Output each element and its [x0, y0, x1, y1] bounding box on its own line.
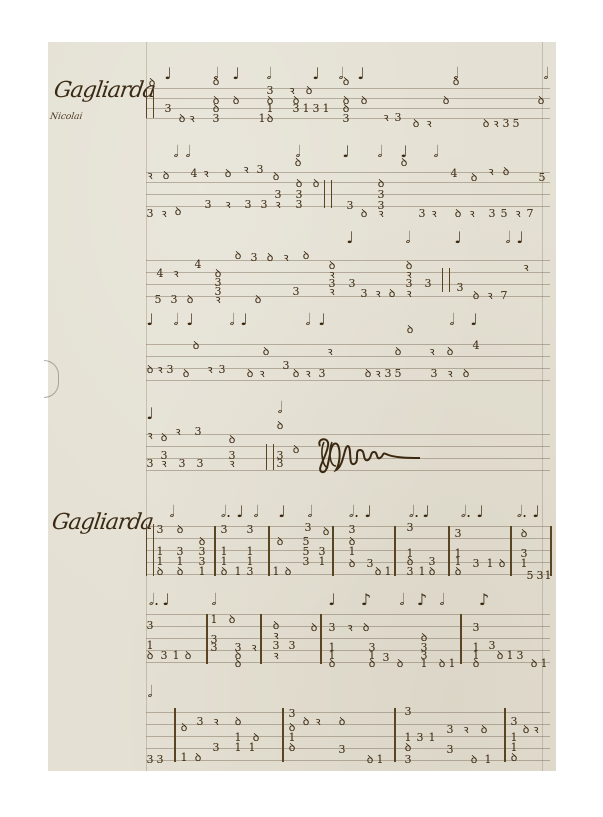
tablature-fret-letter: ꝛ — [243, 165, 248, 175]
tablature-fret-letter: 1 — [173, 651, 180, 661]
tablature-fret-letter: 3 — [303, 557, 310, 567]
rhythm-flag: ♩ — [164, 66, 172, 82]
tablature-fret-letter: 3 — [457, 283, 464, 293]
staff-line — [146, 344, 550, 345]
tablature-fret-letter: 3 — [293, 287, 300, 297]
rhythm-flag: ♩ — [146, 406, 154, 422]
tablature-fret-letter: ꝛ — [487, 291, 492, 301]
tablature-fret-letter: 3 — [213, 743, 220, 753]
tablature-fret-letter: 1 — [449, 659, 456, 669]
rhythm-flag: 𝅗𝅥. — [349, 504, 359, 520]
rhythm-flag: ♩ — [342, 144, 350, 160]
tablature-fret-letter: ꝺ — [303, 251, 310, 261]
tablature-fret-letter: ꝺ — [367, 755, 374, 765]
rhythm-flag: 𝅗𝅥. — [517, 504, 527, 520]
tablature-fret-letter: ꝺ — [483, 119, 490, 129]
tablature-fret-letter: ꝺ — [273, 172, 280, 182]
tablature-fret-letter: 3 — [537, 571, 544, 581]
tablature-fret-letter: ꝺ — [349, 559, 356, 569]
rhythm-flag: ♩ — [346, 230, 354, 246]
rhythm-flag: 𝅗𝅥 — [253, 504, 258, 520]
tablature-fret-letter: 3 — [195, 427, 202, 437]
tablature-fret-letter: ꝛ — [161, 209, 166, 219]
tablature-fret-letter: 3 — [167, 365, 174, 375]
tablature-fret-letter: ꝛ — [406, 289, 411, 299]
rhythm-flag: ♩ — [146, 312, 154, 328]
tablature-fret-letter: 1 — [273, 567, 280, 577]
tablature-fret-letter: 3 — [161, 651, 168, 661]
rhythm-flag: ♩ — [240, 312, 248, 328]
tablature-fret-letter: 3 — [157, 755, 164, 765]
tablature-fret-letter: 3 — [157, 525, 164, 535]
tablature-fret-letter: ꝺ — [395, 347, 402, 357]
tablature-fret-letter: ꝛ — [173, 269, 178, 279]
tablature-fret-letter: 3 — [425, 279, 432, 289]
rhythm-flag: 𝅗𝅥. — [149, 592, 159, 608]
tablature-fret-letter: ꝛ — [375, 369, 380, 379]
repeat-barline — [324, 180, 332, 208]
tablature-fret-letter: ꝺ — [181, 723, 188, 733]
staff-line — [146, 356, 550, 357]
tablature-fret-letter: 3 — [165, 104, 172, 114]
staff-line — [146, 574, 550, 575]
tablature-fret-letter: ꝺ — [407, 325, 414, 335]
tablature-fret-letter: 3 — [407, 567, 414, 577]
tablature-fret-letter: 3 — [367, 559, 374, 569]
tablature-fret-letter: ꝛ — [315, 717, 320, 727]
tablature-fret-letter: ꝺ — [453, 77, 460, 87]
tablature-fret-letter: ꝺ — [463, 369, 470, 379]
tablature-fret-letter: 1 — [199, 567, 206, 577]
rhythm-flag: ♪ — [361, 592, 371, 608]
barline — [320, 614, 322, 664]
tablature-fret-letter: ꝺ — [511, 753, 518, 763]
staff-line — [146, 748, 550, 749]
tablature-fret-letter: ꝺ — [267, 253, 274, 263]
tablature-fret-letter: 3 — [171, 295, 178, 305]
tablature-fret-letter: 3 — [211, 643, 218, 653]
repeat-barline — [442, 268, 450, 292]
tablature-fret-letter: ꝛ — [251, 643, 256, 653]
tablature-fret-letter: ꝺ — [303, 717, 310, 727]
tablature-fret-letter: ꝺ — [429, 567, 436, 577]
tablature-fret-letter: 3 — [247, 525, 254, 535]
tablature-fret-letter: 3 — [296, 200, 303, 210]
tablature-fret-letter: ꝺ — [439, 659, 446, 669]
rhythm-flag: ♪ — [417, 592, 427, 608]
tablature-fret-letter: ꝺ — [447, 347, 454, 357]
tablature-fret-letter: 5 — [527, 571, 534, 581]
tablature-fret-letter: ꝺ — [221, 567, 228, 577]
tablature-fret-letter: 3 — [489, 209, 496, 219]
piece-1-title: Gagliarda — [52, 78, 156, 103]
tablature-fret-letter: ꝛ — [429, 347, 434, 357]
tablature-fret-letter: 1 — [541, 659, 548, 669]
rhythm-flag: ♪ — [479, 592, 489, 608]
tablature-fret-letter: 1 — [545, 571, 552, 581]
rhythm-flag: 𝅗𝅥 — [543, 66, 548, 82]
staff-line — [146, 712, 550, 713]
tablature-fret-letter: 3 — [361, 289, 368, 299]
tablature-fret-letter: ꝛ — [259, 369, 264, 379]
repeat-barline — [266, 444, 274, 470]
tablature-fret-letter: ꝺ — [311, 623, 318, 633]
rhythm-flag: 𝅗𝅥 — [307, 504, 312, 520]
tablature-fret-letter: ꝛ — [215, 295, 220, 305]
barline — [394, 526, 396, 576]
tablature-fret-letter: ꝺ — [455, 209, 462, 219]
tablature-fret-letter: ꝛ — [147, 431, 152, 441]
barline — [504, 708, 506, 762]
rhythm-flag: 𝅗𝅥 — [433, 144, 438, 160]
tablature-fret-letter: 3 — [251, 253, 258, 263]
tablature-fret-letter: ꝺ — [161, 433, 168, 443]
rhythm-flag: ♩ — [476, 504, 484, 520]
tablature-fret-letter: 3 — [147, 621, 154, 631]
rhythm-flag: ♩ — [162, 592, 170, 608]
rhythm-flag: ♩ — [454, 230, 462, 246]
tablature-fret-letter: ꝛ — [189, 114, 194, 124]
barline — [174, 708, 176, 762]
tablature-fret-letter: 4 — [473, 341, 480, 351]
tablature-fret-letter: ꝺ — [531, 659, 538, 669]
tablature-fret-letter: 3 — [219, 365, 226, 375]
tablature-fret-letter: ꝺ — [175, 207, 182, 217]
tablature-fret-letter: ꝺ — [255, 295, 262, 305]
tablature-fret-letter: ꝛ — [161, 459, 166, 469]
tablature-fret-letter: ꝺ — [471, 755, 478, 765]
tablature-fret-letter: 3 — [447, 745, 454, 755]
tablature-fret-letter: ꝺ — [235, 659, 242, 669]
tablature-fret-letter: 3 — [417, 733, 424, 743]
tablature-fret-letter: ꝺ — [389, 289, 396, 299]
piece-1-system-1: ♩ 𝅗𝅥 ♩ 𝅗𝅥 ♩ 𝅗𝅥 ♩ 𝅗𝅥 𝅗𝅥 ꝺ ꝺ ꝺ ꝺ 3 ꝛ ꝺ ꝺ ꝺ… — [146, 78, 550, 128]
tablature-fret-letter: 3 — [289, 641, 296, 651]
tablature-fret-letter: ꝛ — [225, 200, 230, 210]
tablature-fret-letter: 3 — [197, 459, 204, 469]
tablature-fret-letter: ꝺ — [193, 341, 200, 351]
tablature-fret-letter: ꝺ — [497, 651, 504, 661]
tablature-fret-letter: ꝺ — [289, 743, 296, 753]
barline — [282, 708, 284, 762]
tablature-fret-letter: ꝛ — [493, 119, 498, 129]
barline — [510, 526, 512, 576]
tablature-fret-letter: 3 — [455, 529, 462, 539]
tablature-fret-letter: ꝛ — [488, 167, 493, 177]
rhythm-flag: 𝅗𝅥 — [505, 230, 510, 246]
tablature-fret-letter: ꝺ — [323, 527, 330, 537]
tablature-fret-letter: ꝺ — [397, 659, 404, 669]
rhythm-flag: ♩ — [532, 504, 540, 520]
tablature-fret-letter: ꝺ — [306, 86, 313, 96]
rhythm-flag: 𝅗𝅥 — [439, 592, 444, 608]
tablature-fret-letter: ꝺ — [361, 209, 368, 219]
tablature-fret-letter: ꝺ — [481, 725, 488, 735]
barline — [394, 708, 396, 762]
tablature-fret-letter: ꝺ — [473, 659, 480, 669]
tablature-fret-letter: ꝛ — [203, 169, 208, 179]
tablature-fret-letter: ꝛ — [447, 369, 452, 379]
piece-2-system-2: 𝅗𝅥. ♩ 𝅗𝅥 ♩ ♪ 𝅗𝅥 ♪ 𝅗𝅥 ♪ 1 ꝺ 3 ꝺ ꝺ 3 ꝛ ꝺ 3… — [146, 588, 550, 668]
piece-1-subtitle: Nicolai — [49, 112, 83, 122]
repeat-barline — [146, 88, 154, 118]
tablature-fret-letter: 3 — [197, 717, 204, 727]
rhythm-flag: ♩ — [422, 504, 430, 520]
staff-line — [146, 260, 550, 261]
tablature-fret-letter: 3 — [147, 209, 154, 219]
tablature-fret-letter: ꝺ — [443, 96, 450, 106]
tablature-fret-letter: 4 — [157, 269, 164, 279]
tablature-fret-letter: 3 — [179, 459, 186, 469]
tablature-fret-letter: 3 — [319, 369, 326, 379]
tablature-fret-letter: ꝛ — [431, 209, 436, 219]
tablature-fret-letter: ꝛ — [469, 209, 474, 219]
tablature-fret-letter: ꝺ — [375, 567, 382, 577]
rhythm-flag: 𝅗𝅥 — [377, 144, 382, 160]
tablature-fret-letter: ꝺ — [538, 96, 545, 106]
tablature-fret-letter: 3 — [221, 525, 228, 535]
tablature-fret-letter: ꝺ — [293, 369, 300, 379]
tablature-fret-letter: ꝺ — [177, 567, 184, 577]
tablature-fret-letter: 1 — [521, 559, 528, 569]
tablature-fret-letter: ꝺ — [413, 119, 420, 129]
tablature-fret-letter: 3 — [257, 165, 264, 175]
tablature-fret-letter: ꝛ — [523, 263, 528, 273]
tablature-fret-letter: ꝺ — [179, 114, 186, 124]
rhythm-flag: ♩ — [186, 312, 194, 328]
tablature-fret-letter: 3 — [489, 641, 496, 651]
tablature-fret-letter: ꝺ — [225, 169, 232, 179]
tablature-fret-letter: 3 — [431, 369, 438, 379]
tablature-fret-letter: 3 — [293, 104, 300, 114]
tablature-fret-letter: 3 — [395, 113, 402, 123]
tablature-fret-letter: ꝛ — [213, 717, 218, 727]
tablature-fret-letter: ꝛ — [275, 200, 280, 210]
tablature-fret-letter: 3 — [289, 709, 296, 719]
final-flourish-icon — [314, 436, 424, 476]
repeat-barline — [146, 524, 154, 576]
rhythm-flag: ♩ — [364, 504, 372, 520]
rhythm-flag: 𝅗𝅥 — [173, 144, 178, 160]
tablature-fret-letter: ꝺ — [339, 717, 346, 727]
tablature-fret-letter: ꝛ — [157, 365, 162, 375]
tablature-fret-letter: 3 — [283, 361, 290, 371]
tablature-fret-letter: ꝛ — [426, 119, 431, 129]
rhythm-flag: ♩ — [236, 504, 244, 520]
tablature-fret-letter: 1 — [259, 114, 266, 124]
tablature-fret-letter: 3 — [349, 279, 356, 289]
tablature-fret-letter: 5 — [155, 295, 162, 305]
staff-line — [146, 380, 550, 381]
tablature-fret-letter: ꝺ — [147, 365, 154, 375]
tablature-fret-letter: 3 — [261, 200, 268, 210]
tablature-fret-letter: 7 — [501, 291, 508, 301]
tablature-fret-letter: ꝺ — [329, 659, 336, 669]
tablature-fret-letter: ꝛ — [305, 369, 310, 379]
barline — [460, 614, 462, 664]
tablature-fret-letter: 5 — [539, 173, 546, 183]
staff-line — [146, 724, 550, 725]
tablature-fret-letter: 3 — [405, 707, 412, 717]
tablature-fret-letter: 3 — [347, 201, 354, 211]
tablature-fret-letter: 1 — [429, 733, 436, 743]
rhythm-flag: ♩ — [318, 312, 326, 328]
piece-2-title: Gagliarda — [50, 510, 154, 535]
tablature-fret-letter: 3 — [213, 114, 220, 124]
tablature-fret-letter: 3 — [343, 114, 350, 124]
tablature-fret-letter: ꝛ — [375, 289, 380, 299]
tablature-fret-letter: ꝛ — [327, 347, 332, 357]
tablature-fret-letter: 5 — [501, 209, 508, 219]
tablature-fret-letter: ꝺ — [521, 529, 528, 539]
tablature-fret-letter: 1 — [235, 743, 242, 753]
tablature-fret-letter: ꝛ — [378, 209, 383, 219]
rhythm-flag: 𝅗𝅥. — [409, 504, 419, 520]
barline — [332, 526, 334, 576]
tablature-fret-letter: 3 — [349, 525, 356, 535]
piece-2-system-1: 𝅗𝅥 𝅗𝅥. ♩ 𝅗𝅥 ♩ 𝅗𝅥 𝅗𝅥. ♩ 𝅗𝅥. ♩ 𝅗𝅥. ♩ 𝅗𝅥. ♩… — [146, 500, 550, 580]
tablature-fret-letter: ꝺ — [277, 421, 284, 431]
tablature-fret-letter: ꝺ — [235, 717, 242, 727]
tablature-fret-letter: 3 — [447, 725, 454, 735]
tablature-fret-letter: 1 — [507, 651, 514, 661]
rhythm-flag: 𝅗𝅥 — [266, 66, 271, 82]
tablature-fret-letter: ꝺ — [157, 567, 164, 577]
rhythm-flag: ♩ — [278, 504, 286, 520]
rhythm-flag: 𝅗𝅥. — [221, 504, 231, 520]
tablature-fret-letter: ꝛ — [515, 209, 520, 219]
tablature-fret-letter: 1 — [211, 615, 218, 625]
tablature-fret-letter: ꝺ — [163, 171, 170, 181]
tablature-fret-letter: ꝺ — [177, 525, 184, 535]
barline — [260, 614, 262, 664]
tablature-fret-letter: ꝛ — [533, 725, 538, 735]
barline — [214, 526, 216, 576]
piece-1-system-5: ♩ 𝅗𝅥 ꝺ ꝛ 3 ꝛ ꝺ ꝺ ꝺ 3 3 3 3 ꝛ 3 3 ꝛ 3 — [146, 412, 550, 482]
rhythm-flag: 𝅗𝅥 — [399, 592, 404, 608]
tablature-fret-letter: ꝛ — [329, 287, 334, 297]
rhythm-flag: ♩ — [328, 592, 336, 608]
tablature-fret-letter: 3 — [313, 104, 320, 114]
tablature-fret-letter: 3 — [385, 369, 392, 379]
tablature-fret-letter: 3 — [503, 119, 510, 129]
tablature-fret-letter: 1 — [235, 567, 242, 577]
rhythm-flag: 𝅗𝅥 — [211, 592, 216, 608]
tablature-fret-letter: ꝺ — [295, 158, 302, 168]
tablature-fret-letter: 3 — [511, 717, 518, 727]
tablature-fret-letter: ꝛ — [283, 253, 288, 263]
rhythm-flag: ♩ — [516, 230, 524, 246]
tablature-fret-letter: 3 — [419, 209, 426, 219]
tablature-fret-letter: 3 — [383, 653, 390, 663]
binding-hole — [44, 360, 59, 398]
barline — [448, 526, 450, 576]
tablature-fret-letter: 3 — [245, 200, 252, 210]
tablature-fret-letter: 3 — [407, 523, 414, 533]
tablature-fret-letter: 1 — [349, 547, 356, 557]
staff-line — [146, 88, 550, 89]
tablature-fret-letter: 4 — [451, 169, 458, 179]
manuscript-page: Gagliarda Nicolai ♩ 𝅗𝅥 ♩ 𝅗𝅥 ♩ 𝅗𝅥 ♩ 𝅗𝅥 𝅗𝅥… — [48, 42, 556, 771]
rhythm-flag: ♩ — [470, 312, 478, 328]
piece-1-system-2: 𝅗𝅥 𝅗𝅥 𝅗𝅥 ♩ 𝅗𝅥 ♩ 𝅗𝅥 ꝺ ꝺ ꝛ 3 ꝛ ꝺ 4 ꝛ ꝺ ꝺ 4… — [146, 162, 550, 222]
tablature-fret-letter: ꝺ — [149, 78, 156, 88]
staff-line — [146, 434, 550, 435]
tablature-fret-letter: 3 — [473, 559, 480, 569]
tablature-fret-letter: ꝺ — [187, 295, 194, 305]
tablature-fret-letter: 1 — [487, 559, 494, 569]
tablature-fret-letter: ꝺ — [247, 369, 254, 379]
tablature-fret-letter: 7 — [527, 209, 534, 219]
tablature-fret-letter: ꝺ — [361, 96, 368, 106]
tablature-fret-letter: ꝺ — [267, 114, 274, 124]
barline — [268, 526, 270, 576]
tablature-fret-letter: ꝺ — [195, 753, 202, 763]
rhythm-flag: 𝅗𝅥 — [449, 312, 454, 328]
tablature-fret-letter: 3 — [339, 745, 346, 755]
rhythm-flag: 𝅗𝅥 — [405, 230, 410, 246]
tablature-fret-letter: 1 — [385, 567, 392, 577]
tablature-fret-letter: ꝺ — [343, 77, 350, 87]
tablature-fret-letter: ꝺ — [503, 167, 510, 177]
piece-1-system-3: ♩ 𝅗𝅥 ♩ 𝅗𝅥 ♩ ꝺ 3 ꝺ ꝛ ꝺ 4 ꝺ ꝺ ꝛ 4 ꝛ ꝺ ꝛ ꝛ … — [146, 248, 550, 308]
tablature-fret-letter: 3 — [517, 651, 524, 661]
tablature-fret-letter: ꝺ — [229, 615, 236, 625]
tablature-fret-letter: ꝺ — [313, 179, 320, 189]
tablature-fret-letter: 3 — [329, 623, 336, 633]
tablature-fret-letter: ꝺ — [183, 369, 190, 379]
staff-line — [146, 272, 550, 273]
tablature-fret-letter: 3 — [277, 459, 284, 469]
tablature-fret-letter: ꝺ — [405, 743, 412, 753]
rhythm-flag: 𝅗𝅥 — [277, 400, 282, 416]
barline — [206, 614, 208, 664]
tablature-fret-letter: 1 — [303, 104, 310, 114]
tablature-fret-letter: ꝺ — [235, 251, 242, 261]
tablature-fret-letter: 5 — [513, 119, 520, 129]
rhythm-flag: 𝅗𝅥. — [461, 504, 471, 520]
tablature-fret-letter: 1 — [323, 104, 330, 114]
tablature-fret-letter: ꝺ — [455, 567, 462, 577]
tablature-fret-letter: 3 — [305, 523, 312, 533]
tablature-fret-letter: ꝺ — [401, 158, 408, 168]
tablature-fret-letter: ꝺ — [185, 651, 192, 661]
tablature-fret-letter: 3 — [205, 200, 212, 210]
tablature-fret-letter: ꝺ — [285, 567, 292, 577]
tablature-fret-letter: ꝺ — [473, 291, 480, 301]
tablature-fret-letter: 4 — [191, 169, 198, 179]
tablature-fret-letter: 1 — [485, 755, 492, 765]
tablature-fret-letter: ꝛ — [147, 171, 152, 181]
tablature-fret-letter: 5 — [395, 369, 402, 379]
rhythm-flag: ♩ — [312, 66, 320, 82]
tablature-fret-letter: ꝛ — [383, 113, 388, 123]
tablature-fret-letter: 3 — [147, 459, 154, 469]
tablature-fret-letter: ꝺ — [499, 559, 506, 569]
tablature-fret-letter: ꝛ — [347, 623, 352, 633]
tablature-fret-letter: 4 — [195, 260, 202, 270]
rhythm-flag: 𝅗𝅥 — [147, 684, 152, 700]
tablature-fret-letter: 1 — [319, 557, 326, 567]
tablature-fret-letter: ꝺ — [293, 445, 300, 455]
tablature-fret-letter: 1 — [249, 743, 256, 753]
tablature-fret-letter: 1 — [421, 659, 428, 669]
tablature-fret-letter: ꝺ — [263, 347, 270, 357]
tablature-fret-letter: 1 — [419, 567, 426, 577]
tablature-fret-letter: ꝛ — [273, 651, 278, 661]
tablature-fret-letter: 1 — [181, 753, 188, 763]
piece-1-system-4: ♩ 𝅗𝅥 ♩ 𝅗𝅥 ♩ 𝅗𝅥 ♩ 𝅗𝅥 ♩ ꝺ ꝺ 4 ꝺ ꝛ ꝺ ꝛ ꝺ ꝺ … — [146, 334, 550, 394]
